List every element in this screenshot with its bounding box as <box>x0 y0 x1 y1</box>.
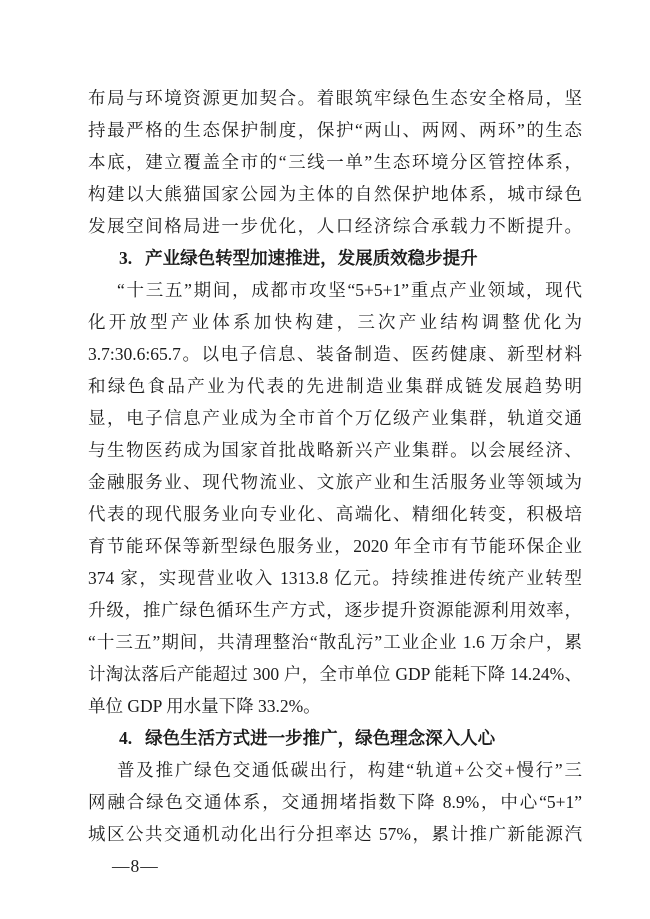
text-line: 计淘汰落后产能超过 300 户，全市单位 GDP 能耗下降 14.24%、 <box>88 658 582 690</box>
heading-text: 产业绿色转型加速推进，发展质效稳步提升 <box>145 248 478 268</box>
text-line: 持最严格的生态保护制度，保护“两山、两网、两环”的生态 <box>88 114 582 146</box>
text-line: 本底，建立覆盖全市的“三线一单”生态环境分区管控体系， <box>88 146 582 178</box>
page-number: —8— <box>112 850 159 882</box>
text-line: 布局与环境资源更加契合。着眼筑牢绿色生态安全格局，坚 <box>88 82 582 114</box>
text-line: “十三五”期间，成都市攻坚“5+5+1”重点产业领域，现代 <box>88 274 582 306</box>
heading-text: 绿色生活方式进一步推广，绿色理念深入人心 <box>145 728 495 748</box>
text-line: 育节能环保等新型绿色服务业，2020 年全市有节能环保企业 <box>88 530 582 562</box>
text-line: 升级，推广绿色循环生产方式，逐步提升资源能源利用效率， <box>88 594 582 626</box>
heading-number: 4. <box>119 728 132 748</box>
text-line: 发展空间格局进一步优化，人口经济综合承载力不断提升。 <box>88 210 582 242</box>
paragraph: 普及推广绿色交通低碳出行，构建“轨道+公交+慢行”三网融合绿色交通体系，交通拥堵… <box>88 754 582 850</box>
text-line: 城区公共交通机动化出行分担率达 57%，累计推广新能源汽 <box>88 818 582 850</box>
text-line: 构建以大熊猫国家公园为主体的自然保护地体系，城市绿色 <box>88 178 582 210</box>
text-line: 金融服务业、现代物流业、文旅产业和生活服务业等领域为 <box>88 466 582 498</box>
text-line: 374 家，实现营业收入 1313.8 亿元。持续推进传统产业转型 <box>88 562 582 594</box>
text-line: 显，电子信息产业成为全市首个万亿级产业集群，轨道交通 <box>88 402 582 434</box>
text-line: 化开放型产业体系加快构建，三次产业结构调整优化为 <box>88 306 582 338</box>
text-line: 与生物医药成为国家首批战略新兴产业集群。以会展经济、 <box>88 434 582 466</box>
text-line: 3.7:30.6:65.7。以电子信息、装备制造、医药健康、新型材料 <box>88 338 582 370</box>
text-line: 单位 GDP 用水量下降 33.2%。 <box>88 690 582 722</box>
text-line: 代表的现代服务业向专业化、高端化、精细化转变，积极培 <box>88 498 582 530</box>
text-line: 和绿色食品产业为代表的先进制造业集群成链发展趋势明 <box>88 370 582 402</box>
paragraph: “十三五”期间，成都市攻坚“5+5+1”重点产业领域，现代化开放型产业体系加快构… <box>88 274 582 722</box>
text-line: “十三五”期间，共清理整治“散乱污”工业企业 1.6 万余户，累 <box>88 626 582 658</box>
section-heading: 3.产业绿色转型加速推进，发展质效稳步提升 <box>88 242 582 274</box>
document-content: 布局与环境资源更加契合。着眼筑牢绿色生态安全格局，坚持最严格的生态保护制度，保护… <box>88 82 582 850</box>
text-line: 网融合绿色交通体系，交通拥堵指数下降 8.9%，中心“5+1” <box>88 786 582 818</box>
paragraph: 布局与环境资源更加契合。着眼筑牢绿色生态安全格局，坚持最严格的生态保护制度，保护… <box>88 82 582 242</box>
section-heading: 4.绿色生活方式进一步推广，绿色理念深入人心 <box>88 722 582 754</box>
document-page: 布局与环境资源更加契合。着眼筑牢绿色生态安全格局，坚持最严格的生态保护制度，保护… <box>0 0 650 919</box>
text-line: 普及推广绿色交通低碳出行，构建“轨道+公交+慢行”三 <box>88 754 582 786</box>
heading-number: 3. <box>119 248 132 268</box>
